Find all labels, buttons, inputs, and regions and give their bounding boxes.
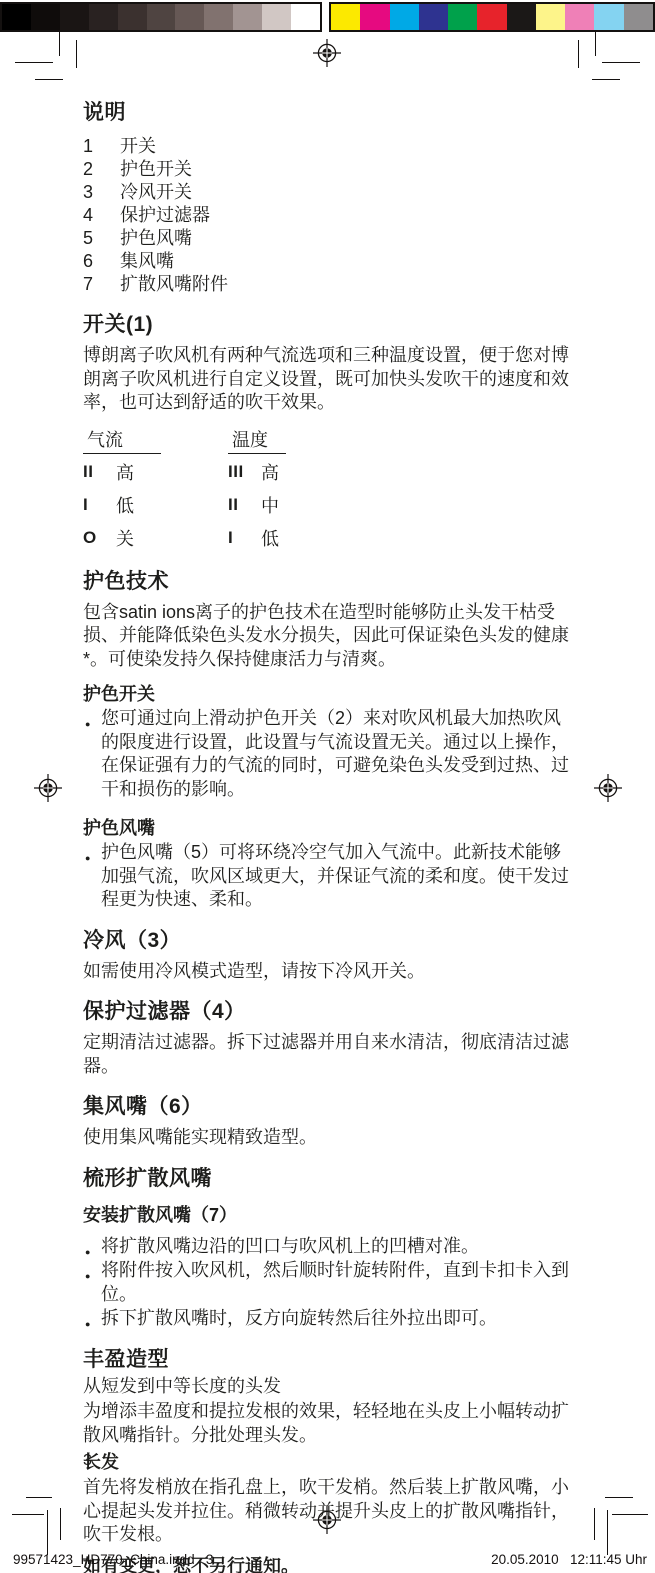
calibration-swatch: [448, 4, 477, 30]
list-item: 7扩散风嘴附件: [83, 273, 576, 296]
content-column: 说明 1开关 2护色开关 3冷风开关 4保护过滤器 5护色风嘴 6集风嘴 7扩散…: [83, 100, 576, 1573]
long-hair-paragraph: 首先将发梢放在指孔盘上，吹干发梢。然后装上扩散风嘴，小心提起头发并拉住。稍微转动…: [83, 1476, 576, 1547]
calibration-swatch: [204, 4, 233, 30]
bullet-item: ●您可通过向上滑动护色开关（2）来对吹风机最大加热吹风的限度进行设置，此设置与气…: [83, 707, 576, 801]
crop-mark: [602, 62, 640, 63]
section-title-volume: 丰盈造型: [83, 1347, 576, 1373]
crop-mark: [595, 32, 596, 56]
table-row: I低: [228, 523, 428, 553]
calibration-swatch: [477, 4, 506, 30]
section-title-color-protect: 护色技术: [83, 569, 576, 595]
crop-mark: [612, 1514, 648, 1515]
concentrator-paragraph: 使用集风嘴能实现精致造型。: [83, 1126, 576, 1150]
section-title-concentrator: 集风嘴（6）: [83, 1094, 576, 1120]
airflow-column: 气流 II高 I低 O关: [83, 430, 228, 553]
section-title-switch: 开关(1): [83, 312, 576, 338]
grayscale-calibration-bar: [0, 2, 322, 32]
list-item: 3冷风开关: [83, 181, 576, 204]
color-calibration-bar: [329, 2, 655, 32]
calibration-swatch: [331, 4, 360, 30]
crop-mark: [26, 1497, 52, 1498]
calibration-swatch: [565, 4, 594, 30]
crop-mark: [59, 32, 60, 56]
subheading-long-hair: 长发: [83, 1451, 576, 1474]
bullet-icon: ●: [85, 847, 90, 871]
calibration-swatch: [60, 4, 89, 30]
volume-line: 从短发到中等长度的头发: [83, 1375, 576, 1399]
filter-paragraph: 定期清洁过滤器。拆下过滤器并用自来水清洁，彻底清洁过滤器。: [83, 1031, 576, 1078]
page-number: 3: [83, 1452, 92, 1470]
bullet-item: ●护色风嘴（5）可将环绕冷空气加入气流中。此新技术能够加强气流，吹风区域更大，并…: [83, 841, 576, 912]
list-item: 2护色开关: [83, 158, 576, 181]
crop-mark: [578, 40, 579, 68]
calibration-swatch: [118, 4, 147, 30]
crop-mark: [594, 1508, 595, 1540]
switch-paragraph: 博朗离子吹风机有两种气流选项和三种温度设置，便于您对博朗离子吹风机进行自定义设置…: [83, 344, 576, 415]
table-row: O关: [83, 523, 228, 553]
list-item: 5护色风嘴: [83, 227, 576, 250]
section-title-cold: 冷风（3）: [83, 928, 576, 954]
parts-list: 1开关 2护色开关 3冷风开关 4保护过滤器 5护色风嘴 6集风嘴 7扩散风嘴附…: [83, 135, 576, 296]
airflow-header: 气流: [83, 430, 161, 454]
subheading-attach-diffuser: 安装扩散风嘴（7）: [83, 1204, 576, 1227]
list-item: 6集风嘴: [83, 250, 576, 273]
calibration-swatch: [2, 4, 31, 30]
crop-mark: [35, 79, 63, 80]
crop-mark: [592, 79, 620, 80]
table-row: I低: [83, 490, 228, 520]
calibration-swatch: [594, 4, 623, 30]
crop-mark: [76, 40, 77, 68]
table-row: II高: [83, 457, 228, 487]
crop-mark: [47, 1510, 48, 1555]
calibration-swatch: [31, 4, 60, 30]
calibration-swatch: [89, 4, 118, 30]
calibration-swatch: [262, 4, 291, 30]
cold-paragraph: 如需使用冷风模式造型，请按下冷风开关。: [83, 960, 576, 984]
calibration-swatch: [147, 4, 176, 30]
calibration-swatch: [233, 4, 262, 30]
calibration-swatch: [291, 4, 320, 30]
switch-settings-table: 气流 II高 I低 O关 温度 III高 II中 I低: [83, 430, 576, 553]
bullet-item: ●将扩散风嘴边沿的凹口与吹风机上的凹槽对准。: [83, 1235, 576, 1259]
bullet-icon: ●: [85, 1313, 90, 1337]
section-title-filter: 保护过滤器（4）: [83, 999, 576, 1025]
crop-mark: [605, 1497, 633, 1498]
section-title-diffuser: 梳形扩散风嘴: [83, 1166, 576, 1192]
subheading-color-protect-nozzle: 护色风嘴: [83, 817, 576, 840]
calibration-swatch: [419, 4, 448, 30]
calibration-swatch: [624, 4, 653, 30]
crop-mark: [15, 62, 53, 63]
temperature-column: 温度 III高 II中 I低: [228, 430, 428, 553]
registration-mark: [31, 771, 65, 805]
calibration-swatch: [507, 4, 536, 30]
manual-page: 说明 1开关 2护色开关 3冷风开关 4保护过滤器 5护色风嘴 6集风嘴 7扩散…: [0, 0, 655, 1573]
crop-mark: [12, 1514, 44, 1515]
volume-paragraph: 为增添丰盈度和提拉发根的效果，轻轻地在头皮上小幅转动扩散风嘴指针。分批处理头发。: [83, 1400, 576, 1447]
footer-filename: 99571423_HD770_China.indd 3: [13, 1552, 213, 1567]
footer-timestamp: 20.05.2010 12:11:45 Uhr: [491, 1552, 647, 1567]
bullet-icon: ●: [85, 713, 90, 737]
temperature-header: 温度: [228, 430, 286, 454]
table-row: III高: [228, 457, 428, 487]
bullet-item: ●将附件按入吹风机，然后顺时针旋转附件，直到卡扣卡入到位。: [83, 1259, 576, 1306]
list-item: 4保护过滤器: [83, 204, 576, 227]
calibration-swatch: [175, 4, 204, 30]
table-row: II中: [228, 490, 428, 520]
crop-mark: [607, 1510, 608, 1555]
calibration-swatch: [360, 4, 389, 30]
bullet-item: ●拆下扩散风嘴时，反方向旋转然后往外拉出即可。: [83, 1307, 576, 1331]
color-protect-paragraph: 包含satin ions离子的护色技术在造型时能够防止头发干枯受损、并能降低染色…: [83, 601, 576, 672]
calibration-swatch: [536, 4, 565, 30]
section-title-description: 说明: [83, 100, 576, 126]
calibration-swatch: [390, 4, 419, 30]
subheading-color-protect-switch: 护色开关: [83, 683, 576, 706]
list-item: 1开关: [83, 135, 576, 158]
registration-mark: [310, 36, 344, 70]
registration-mark: [591, 771, 625, 805]
bullet-icon: ●: [85, 1265, 90, 1289]
crop-mark: [60, 1508, 61, 1540]
